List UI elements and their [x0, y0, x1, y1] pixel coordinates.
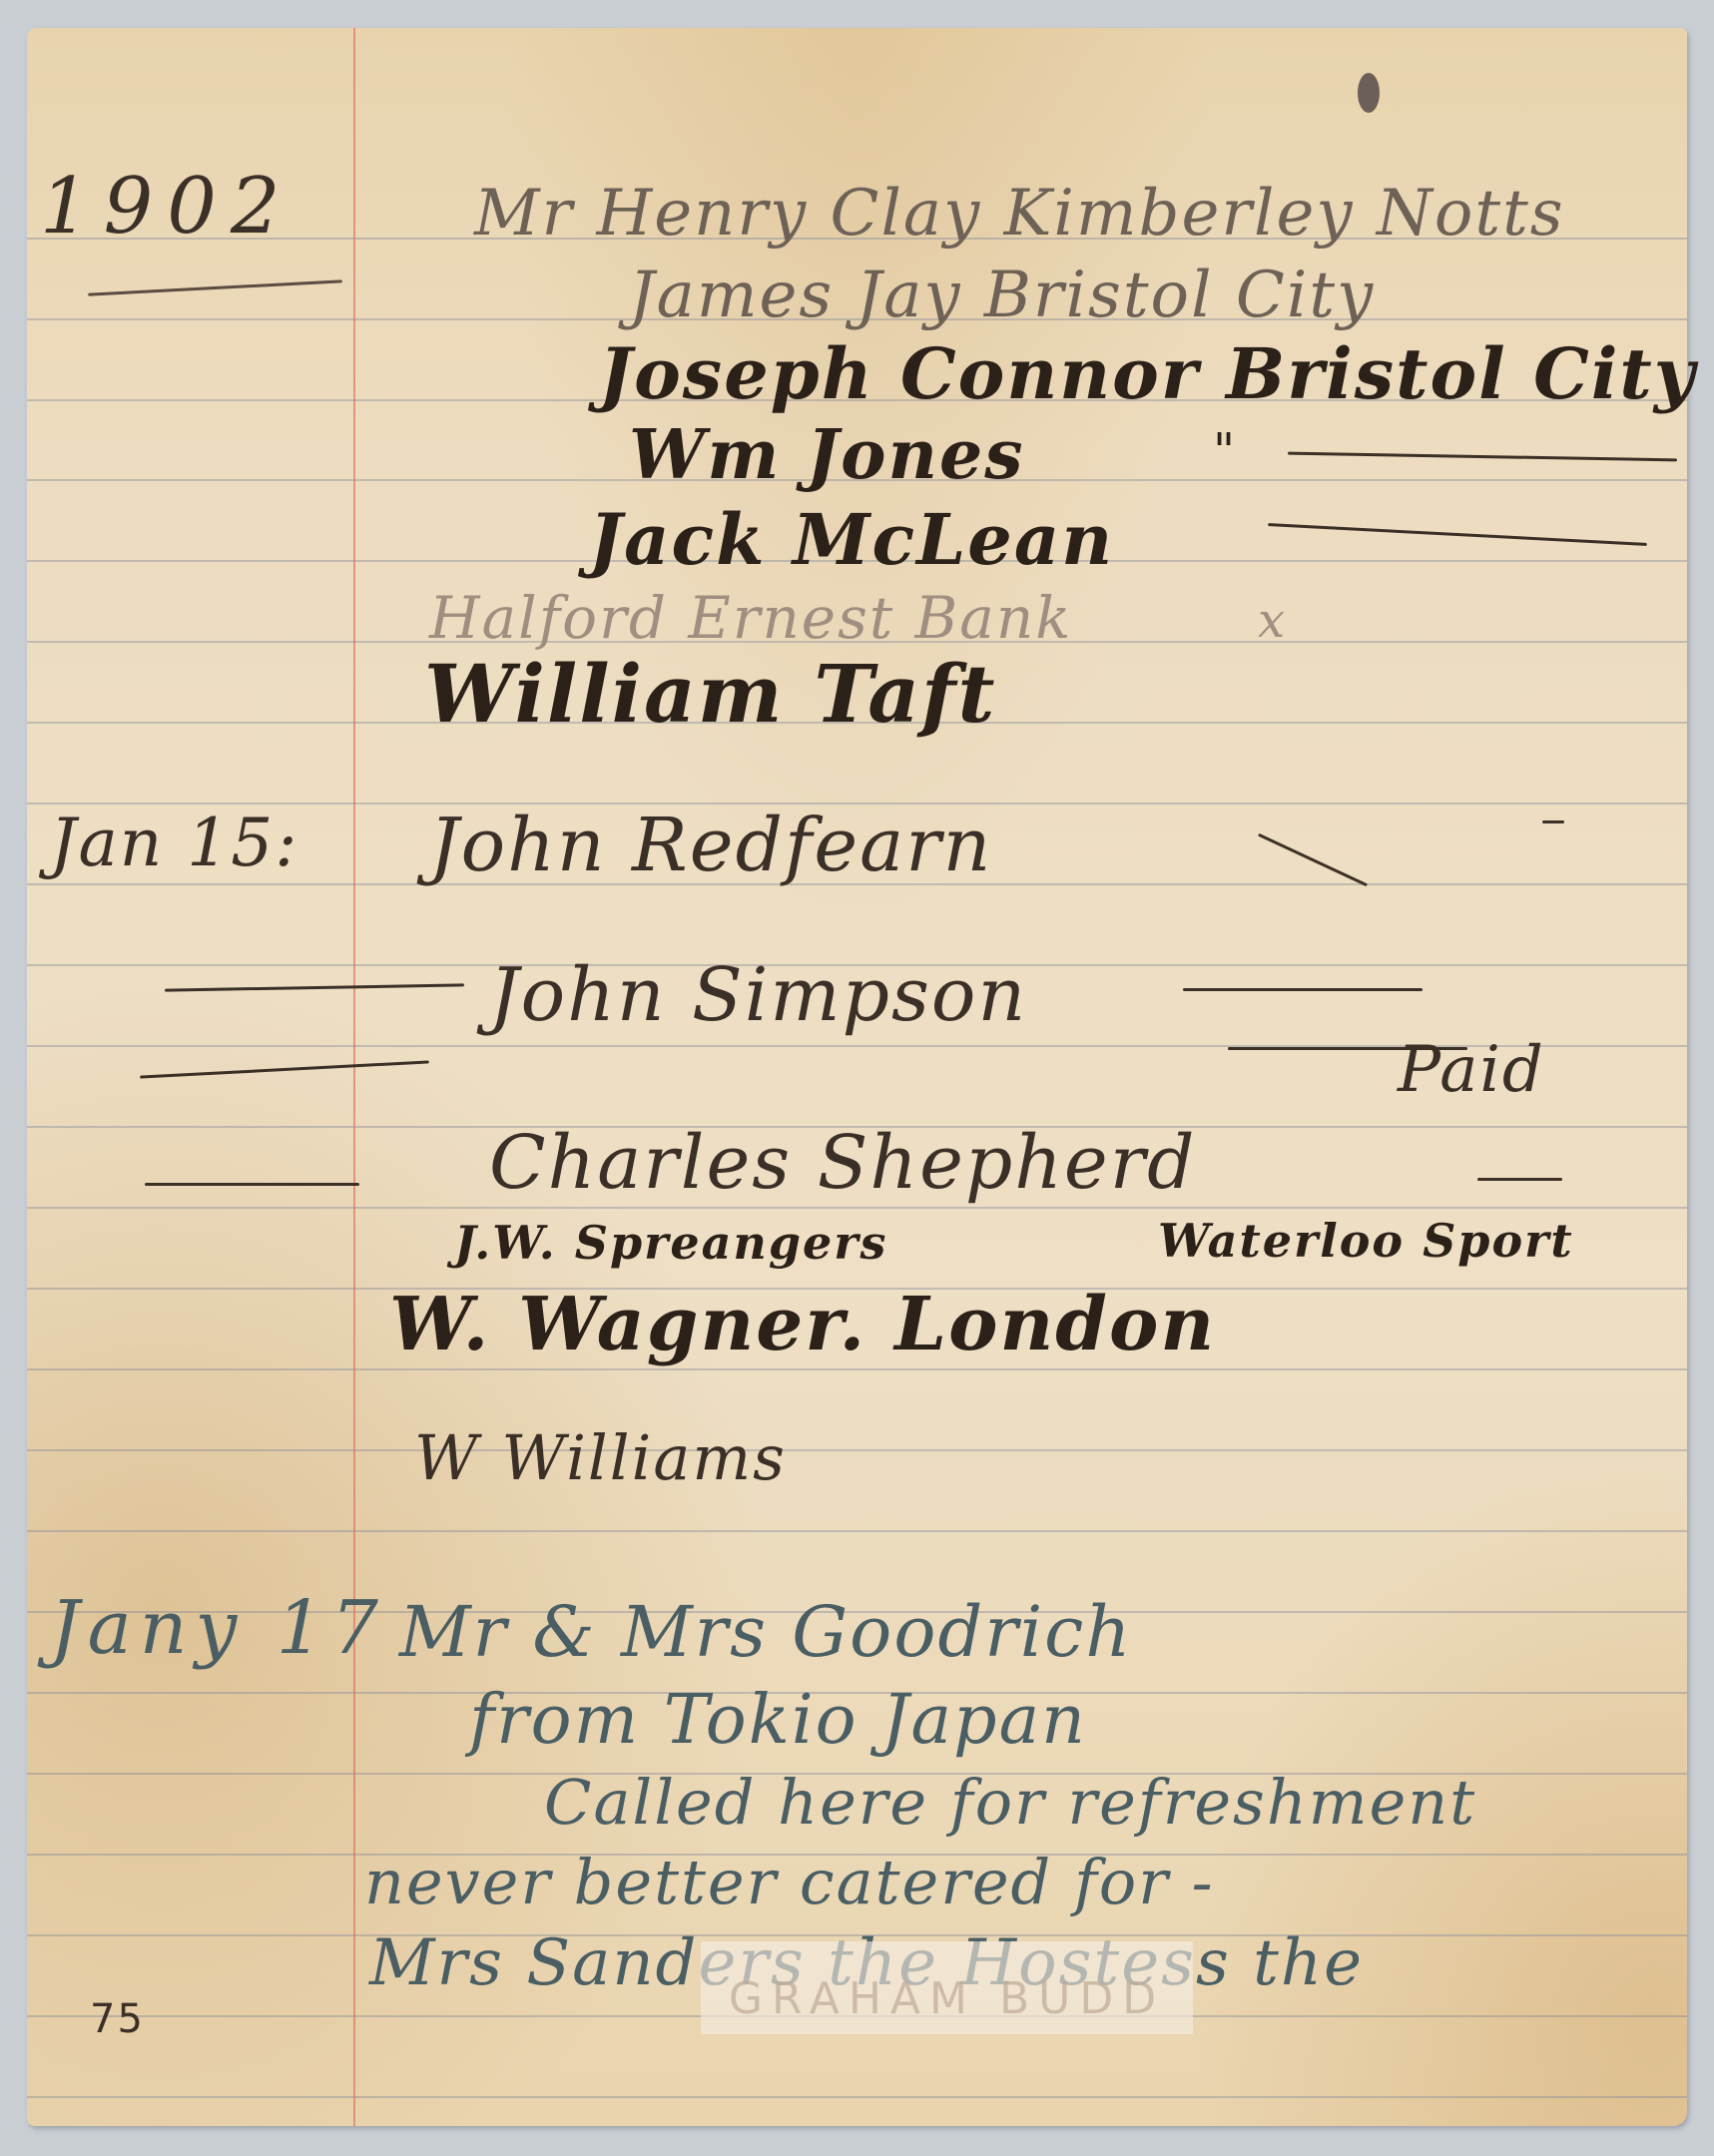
entry-never-better: never better catered for -: [364, 1852, 1215, 1913]
dash-line: [145, 1183, 359, 1186]
entry-jack-mclean: Jack McLean: [589, 505, 1114, 575]
entry-wm-jones: Wm Jones: [629, 421, 1025, 489]
rule-line: [27, 1530, 1687, 1532]
page-number: 75: [90, 1999, 145, 2039]
rule-line: [27, 1368, 1687, 1370]
dash-mark: [1542, 820, 1564, 823]
margin-line: [353, 28, 355, 2126]
watermark-overlay: GRAHAM BUDD: [701, 1941, 1193, 2034]
entry-date: Jany 17: [50, 1591, 386, 1665]
watermark-text: GRAHAM BUDD: [729, 1973, 1165, 2024]
entry-john-simpson: John Simpson: [489, 958, 1027, 1032]
entry-halford-ernest-bank: Halford Ernest Bank: [429, 589, 1072, 647]
rule-line: [27, 1449, 1687, 1451]
entry-goodrich: Mr & Mrs Goodrich: [399, 1597, 1132, 1667]
entry-w-williams: W Williams: [414, 1427, 787, 1489]
entry-waterloo-sport: Waterloo Sport: [1158, 1218, 1574, 1264]
entry-tokio-japan: from Tokio Japan: [469, 1687, 1087, 1755]
rule-line: [27, 1207, 1687, 1209]
entry-charles-shepherd: Charles Shepherd: [489, 1126, 1196, 1200]
rule-line: [27, 2096, 1687, 2098]
ink-blot: [1358, 73, 1380, 113]
entry-jw-spreangers: J.W. Spreangers: [454, 1220, 887, 1266]
entry-joseph-connor: Joseph Connor Bristol City: [599, 339, 1696, 409]
paid-annotation: Paid: [1398, 1038, 1545, 1102]
entry-w-wagner-london: W. Wagner. London: [389, 1288, 1216, 1361]
entry-james-jay: James Jay Bristol City: [629, 264, 1375, 327]
year-heading: 1902: [40, 168, 294, 246]
entry-henry-clay: Mr Henry Clay Kimberley Notts: [474, 182, 1565, 246]
entry-william-taft: William Taft: [424, 654, 996, 734]
entry-john-redfearn: John Redfearn: [429, 808, 992, 882]
ditto-mark: ": [1213, 427, 1237, 475]
dash-mark: [1477, 1178, 1562, 1181]
entry-date: Jan 15:: [50, 810, 299, 876]
cross-mark: x: [1258, 597, 1287, 645]
entry-called-here: Called here for refreshment: [544, 1772, 1476, 1834]
dash-line: [1183, 988, 1423, 991]
